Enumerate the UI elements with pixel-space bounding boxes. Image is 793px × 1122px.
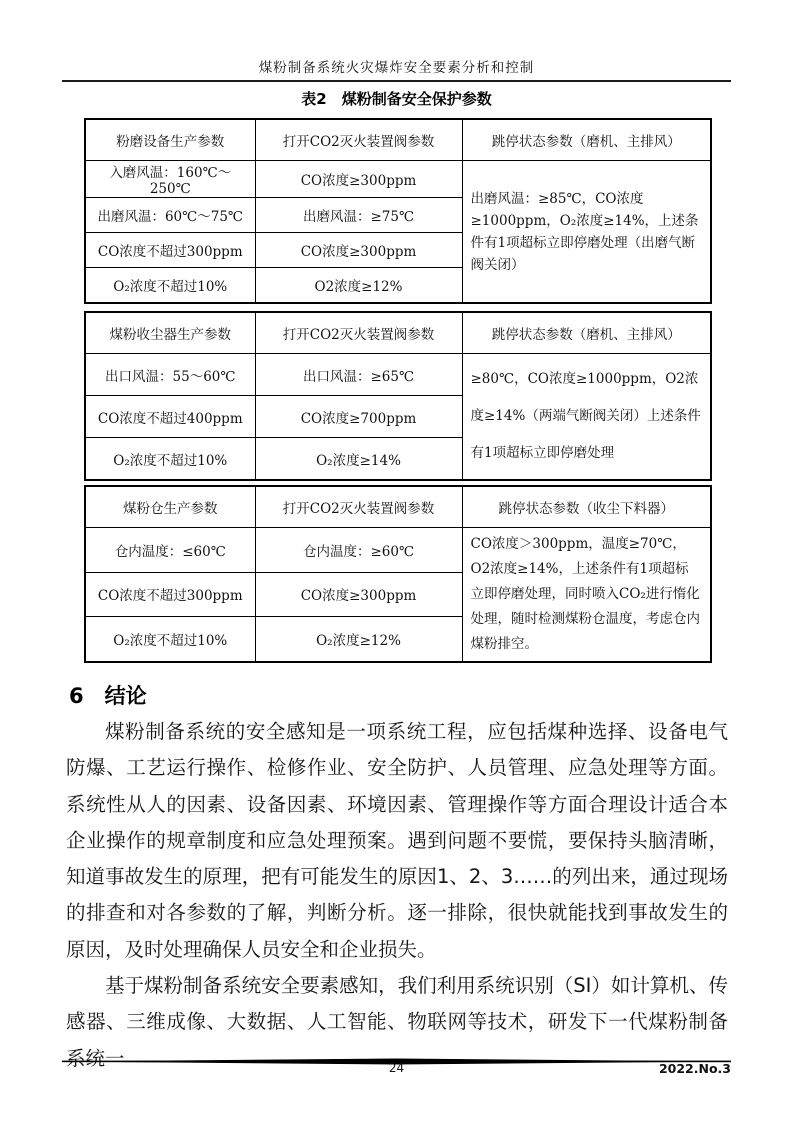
conclusion-body: 煤粉制备系统的安全感知是一项系统工程，应包括煤种选择、设备电气防爆、工艺运行操作… xyxy=(66,714,728,1077)
table-cell: 出口风温：≥65℃ xyxy=(255,354,462,396)
table-row: 出口风温：55～60℃ 出口风温：≥65℃ ≥80℃，CO浓度≥1000ppm，… xyxy=(85,354,711,396)
table-cell: 出磨风温：≥75℃ xyxy=(255,198,462,233)
table-cell: 出磨风温：60℃～75℃ xyxy=(85,198,255,233)
footer-rule xyxy=(62,1050,731,1057)
table-cell: 出口风温：55～60℃ xyxy=(85,354,255,396)
table-coal-bin: 煤粉仓生产参数 打开CO2灭火装置阀参数 跳停状态参数（收尘下料器） 仓内温度：… xyxy=(84,485,712,663)
table-cell: O₂浓度≥14% xyxy=(255,438,462,481)
col-header: 粉磨设备生产参数 xyxy=(85,119,255,161)
table-cell: O₂浓度不超过10% xyxy=(85,268,255,304)
table-dust-collector: 煤粉收尘器生产参数 打开CO2灭火装置阀参数 跳停状态参数（磨机、主排风） 出口… xyxy=(84,311,712,481)
table-header-row: 煤粉仓生产参数 打开CO2灭火装置阀参数 跳停状态参数（收尘下料器） xyxy=(85,486,711,528)
table-cell: O₂浓度不超过10% xyxy=(85,438,255,481)
table-cell: CO浓度不超过300ppm xyxy=(85,572,255,617)
document-page: 煤粉制备系统火灾爆炸安全要素分析和控制 表2 煤粉制备安全保护参数 粉磨设备生产… xyxy=(0,0,793,1122)
table-cell: O2浓度≥12% xyxy=(255,268,462,304)
col-header: 跳停状态参数（磨机、主排风） xyxy=(462,119,711,161)
trip-note-cell: CO浓度＞300ppm，温度≥70℃，O2浓度≥14%，上述条件有1项超标立即停… xyxy=(462,528,711,663)
col-header: 煤粉仓生产参数 xyxy=(85,486,255,528)
table-grinding-equipment: 粉磨设备生产参数 打开CO2灭火装置阀参数 跳停状态参数（磨机、主排风） 入磨风… xyxy=(84,118,712,304)
table-caption: 表2 煤粉制备安全保护参数 xyxy=(0,88,793,109)
table-cell: 仓内温度：≥60℃ xyxy=(255,528,462,573)
col-header: 跳停状态参数（收尘下料器） xyxy=(462,486,711,528)
conclusion-paragraph-1: 煤粉制备系统的安全感知是一项系统工程，应包括煤种选择、设备电气防爆、工艺运行操作… xyxy=(66,714,728,968)
col-header: 打开CO2灭火装置阀参数 xyxy=(255,312,462,354)
table-cell: CO浓度≥300ppm xyxy=(255,161,462,198)
table-cell: CO浓度不超过400ppm xyxy=(85,396,255,438)
running-head: 煤粉制备系统火灾爆炸安全要素分析和控制 xyxy=(0,56,793,76)
col-header: 煤粉收尘器生产参数 xyxy=(85,312,255,354)
table-row: 仓内温度：≤60℃ 仓内温度：≥60℃ CO浓度＞300ppm，温度≥70℃，O… xyxy=(85,528,711,573)
trip-note-cell: ≥80℃，CO浓度≥1000ppm，O2浓度≥14%（两端气断阀关闭）上述条件有… xyxy=(462,354,711,481)
col-header: 打开CO2灭火装置阀参数 xyxy=(255,486,462,528)
footer-issue-label: 2022.No.3 xyxy=(659,1061,731,1076)
table-cell: CO浓度≥300ppm xyxy=(255,572,462,617)
table-cell: O₂浓度≥12% xyxy=(255,617,462,662)
table-cell: CO浓度不超过300ppm xyxy=(85,233,255,268)
table-cell: CO浓度≥700ppm xyxy=(255,396,462,438)
table-cell: 入磨风温：160℃～250℃ xyxy=(85,161,255,198)
table-cell: 仓内温度：≤60℃ xyxy=(85,528,255,573)
col-header: 打开CO2灭火装置阀参数 xyxy=(255,119,462,161)
table-header-row: 粉磨设备生产参数 打开CO2灭火装置阀参数 跳停状态参数（磨机、主排风） xyxy=(85,119,711,161)
table-cell: CO浓度≥300ppm xyxy=(255,233,462,268)
section-heading-conclusion: 6 结论 xyxy=(69,680,147,710)
trip-note-cell: 出磨风温：≥85℃，CO浓度≥1000ppm，O₂浓度≥14%，上述条件有1项超… xyxy=(462,161,711,304)
header-rule xyxy=(62,80,731,82)
table-cell: O₂浓度不超过10% xyxy=(85,617,255,662)
table-row: 入磨风温：160℃～250℃ CO浓度≥300ppm 出磨风温：≥85℃，CO浓… xyxy=(85,161,711,198)
col-header: 跳停状态参数（磨机、主排风） xyxy=(462,312,711,354)
table-header-row: 煤粉收尘器生产参数 打开CO2灭火装置阀参数 跳停状态参数（磨机、主排风） xyxy=(85,312,711,354)
